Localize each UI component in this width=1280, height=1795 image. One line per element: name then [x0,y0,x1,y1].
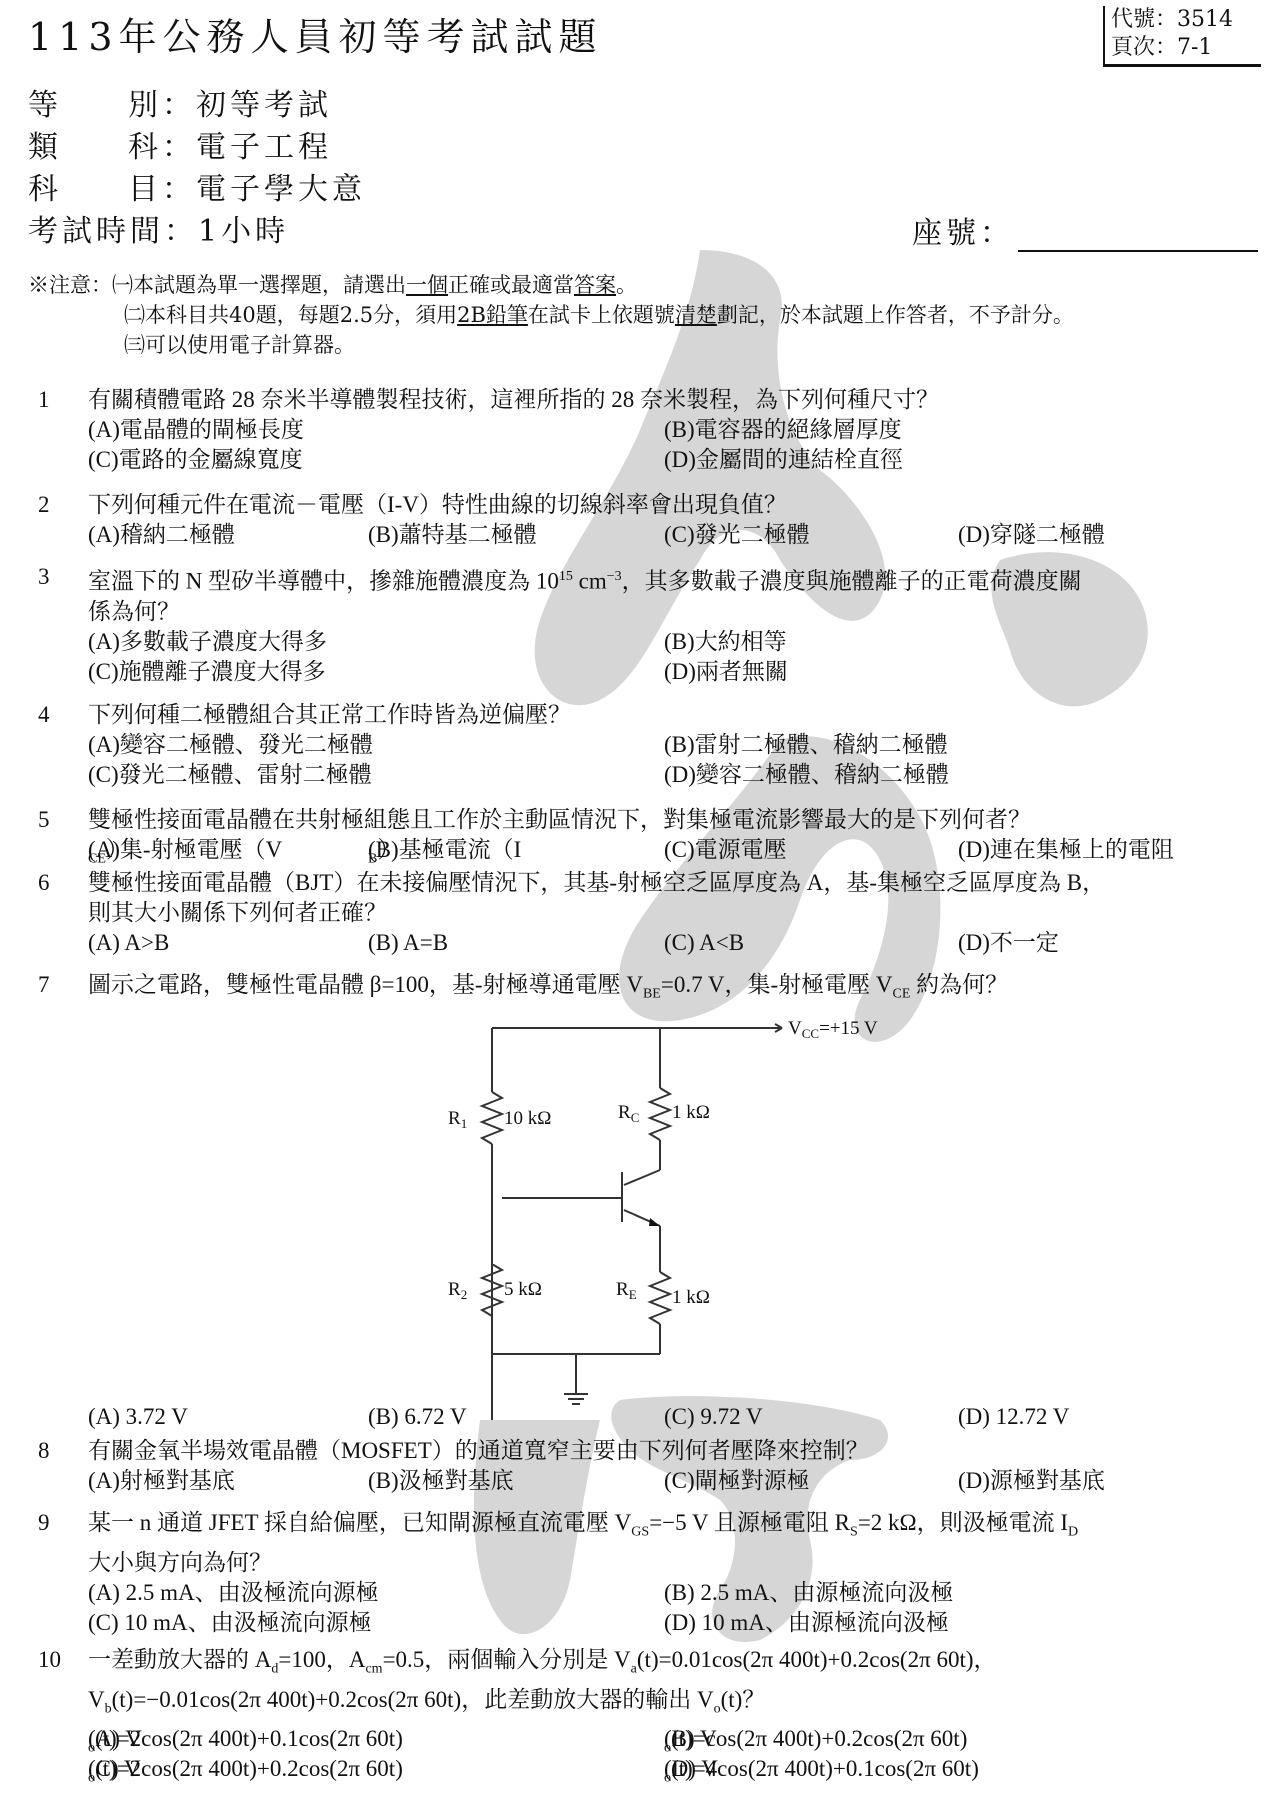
meta-value: 電子學大意 [196,172,366,207]
meta-exam-time: 考試時間：1小時 [28,206,289,250]
option-d[interactable]: (D)金屬間的連結栓直徑 [664,445,903,475]
question-4: 4 下列何種二極體組合其正常工作時皆為逆偏壓？ (A)變容二極體、發光二極體(B… [38,700,1258,790]
question-9: 9 某一 n 通道 JFET 採自給偏壓，已知閘源極直流電壓 VGS=−5 V … [38,1508,1258,1638]
option-b[interactable]: (B)大約相等 [664,627,787,657]
option-d[interactable]: (D) Vo(t)=4cos(2π 400t)+0.1cos(2π 60t) [664,1754,671,1794]
option-a[interactable]: (A) 2.5 mA、由汲極流向源極 [88,1578,379,1608]
svg-text:5 kΩ: 5 kΩ [504,1279,542,1300]
option-b[interactable]: (B) A=B [368,928,448,958]
option-c[interactable]: (C) Vo(t)=2cos(2π 400t)+0.2cos(2π 60t) [88,1754,95,1794]
option-c[interactable]: (C) A<B [664,928,744,958]
option-a[interactable]: (A) 3.72 V [88,1402,188,1432]
option-b[interactable]: (B) 2.5 mA、由源極流向汲極 [664,1578,953,1608]
option-a[interactable]: (A)多數載子濃度大得多 [88,627,327,657]
option-b[interactable]: (B)汲極對基底 [368,1466,514,1496]
svg-text:VCC=+15 V: VCC=+15 V [788,1018,878,1041]
svg-text:RE: RE [616,1279,637,1302]
exam-title: 113年公務人員初等考試試題 [28,6,603,61]
option-b[interactable]: (B)雷射二極體、稽納二極體 [664,730,948,760]
svg-text:R2: R2 [448,1279,467,1302]
option-d[interactable]: (D) 12.72 V [958,1402,1069,1432]
page-number: 頁次：7-1 [1111,34,1261,62]
meta-grade: 等別：初等考試 [28,80,332,124]
option-c[interactable]: (C)發光二極體 [664,520,810,550]
option-c[interactable]: (C)閘極對源極 [664,1466,810,1496]
svg-text:1 kΩ: 1 kΩ [672,1287,710,1308]
question-2: 2 下列何種元件在電流－電壓（I-V）特性曲線的切線斜率會出現負值？ (A)稽納… [38,490,1258,550]
seat-number: 座號： [912,208,1258,252]
question-3: 3 室溫下的 N 型矽半導體中，摻雜施體濃度為 1015 cm−3，其多數載子濃… [38,562,1258,687]
option-a[interactable]: (A)射極對基底 [88,1466,235,1496]
option-a[interactable]: (A)稽納二極體 [88,520,235,550]
question-6: 6 雙極性接面電晶體（BJT）在未接偏壓情況下，其基-射極空乏區厚度為 A，基-… [38,868,1258,958]
option-c[interactable]: (C)電源電壓 [664,835,787,865]
question-5: 5 雙極性接面電晶體在共射極組態且工作於主動區情況下，對集極電流影響最大的是下列… [38,805,1258,865]
meta-subject: 科目：電子學大意 [28,164,366,208]
option-d[interactable]: (D) 10 mA、由源極流向汲極 [664,1608,949,1638]
option-b[interactable]: (B)電容器的絕緣層厚度 [664,415,902,445]
svg-text:1 kΩ: 1 kΩ [672,1102,710,1123]
option-d[interactable]: (D)變容二極體、稽納二極體 [664,760,949,790]
option-d[interactable]: (D)連在集極上的電阻 [958,835,1174,865]
option-d[interactable]: (D)不一定 [958,928,1059,958]
question-7: 7 圖示之電路，雙極性電晶體 β=100，基-射極導通電壓 VBE=0.7 V，… [38,970,1258,1010]
question-8: 8 有關金氧半場效電晶體（MOSFET）的通道寬窄主要由下列何者壓降來控制？ (… [38,1436,1258,1496]
exam-page: 113年公務人員初等考試試題 代號：3514 頁次：7-1 等別：初等考試 類科… [0,0,1280,1795]
option-d[interactable]: (D)兩者無關 [664,657,788,687]
meta-value: 電子工程 [196,130,332,165]
meta-category: 類科：電子工程 [28,122,332,166]
question-10: 10 一差動放大器的 Ad=100，Acm=0.5，兩個輸入分別是 Va(t)=… [38,1645,1258,1784]
svg-text:10 kΩ: 10 kΩ [504,1108,551,1129]
circuit-diagram: VCC=+15 V R1 10 kΩ RC 1 kΩ R2 5 kΩ RE 1 … [430,1010,950,1430]
option-c[interactable]: (C)電路的金屬線寬度 [88,445,303,475]
option-a[interactable]: (A)電晶體的閘極長度 [88,415,304,445]
option-b[interactable]: (B)蕭特基二極體 [368,520,537,550]
option-c[interactable]: (C)發光二極體、雷射二極體 [88,760,372,790]
option-a[interactable]: (A) A>B [88,928,169,958]
meta-value: 初等考試 [196,88,332,123]
option-d[interactable]: (D)源極對基底 [958,1466,1105,1496]
question-1: 1 有關積體電路 28 奈米半導體製程技術，這裡所指的 28 奈米製程，為下列何… [38,385,1258,475]
seat-number-field[interactable] [1018,222,1258,252]
svg-text:R1: R1 [448,1108,467,1131]
option-c[interactable]: (C) 10 mA、由汲極流向源極 [88,1608,372,1638]
option-a[interactable]: (A)變容二極體、發光二極體 [88,730,373,760]
option-d[interactable]: (D)穿隧二極體 [958,520,1105,550]
code-box: 代號：3514 頁次：7-1 [1103,6,1261,67]
exam-notes: ※注意：㈠本試題為單一選擇題，請選出一個正確或最適當答案。 ㈡本科目共40題，每… [28,270,1074,360]
exam-code: 代號：3514 [1111,6,1261,34]
option-c[interactable]: (C)施體離子濃度大得多 [88,657,326,687]
svg-text:RC: RC [618,1102,639,1125]
